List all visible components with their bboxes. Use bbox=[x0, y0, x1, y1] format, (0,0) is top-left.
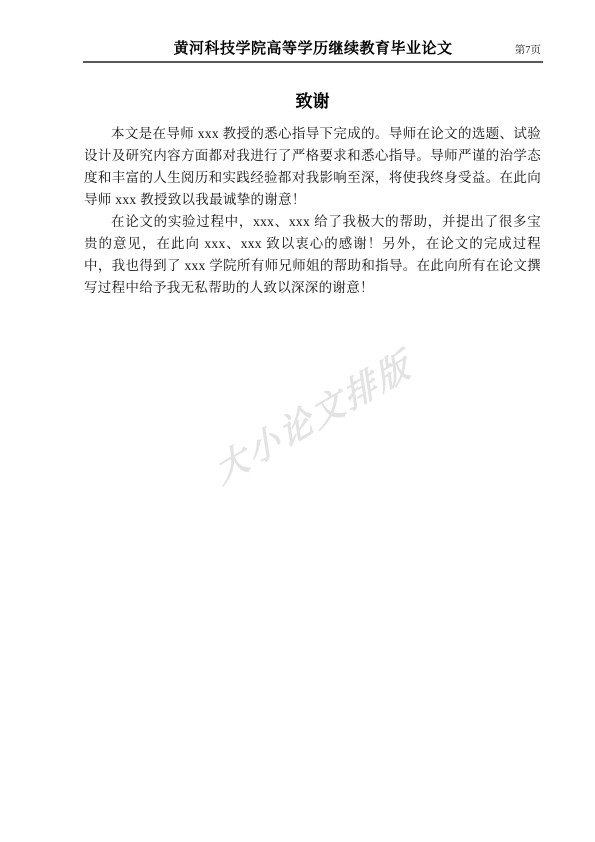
paragraph-acknowledgement-advisor: 本文是在导师 xxx 教授的悉心指导下完成的。导师在论文的选题、试验设计及研究内… bbox=[84, 123, 541, 211]
document-body: 致谢 本文是在导师 xxx 教授的悉心指导下完成的。导师在论文的选题、试验设计及… bbox=[84, 90, 541, 299]
page-number: 第7页 bbox=[515, 42, 541, 57]
page-header: 黄河科技学院高等学历继续教育毕业论文 第7页 bbox=[83, 40, 543, 63]
header-title: 黄河科技学院高等学历继续教育毕业论文 bbox=[83, 40, 543, 58]
document-page: 大小论文排版 黄河科技学院高等学历继续教育毕业论文 第7页 致谢 本文是在导师 … bbox=[0, 0, 595, 842]
section-title: 致谢 bbox=[84, 90, 541, 114]
paragraph-acknowledgement-others: 在论文的实验过程中，xxx、xxx 给了我极大的帮助，并提出了很多宝贵的意见，在… bbox=[84, 211, 541, 299]
diagonal-watermark: 大小论文排版 bbox=[207, 337, 418, 494]
